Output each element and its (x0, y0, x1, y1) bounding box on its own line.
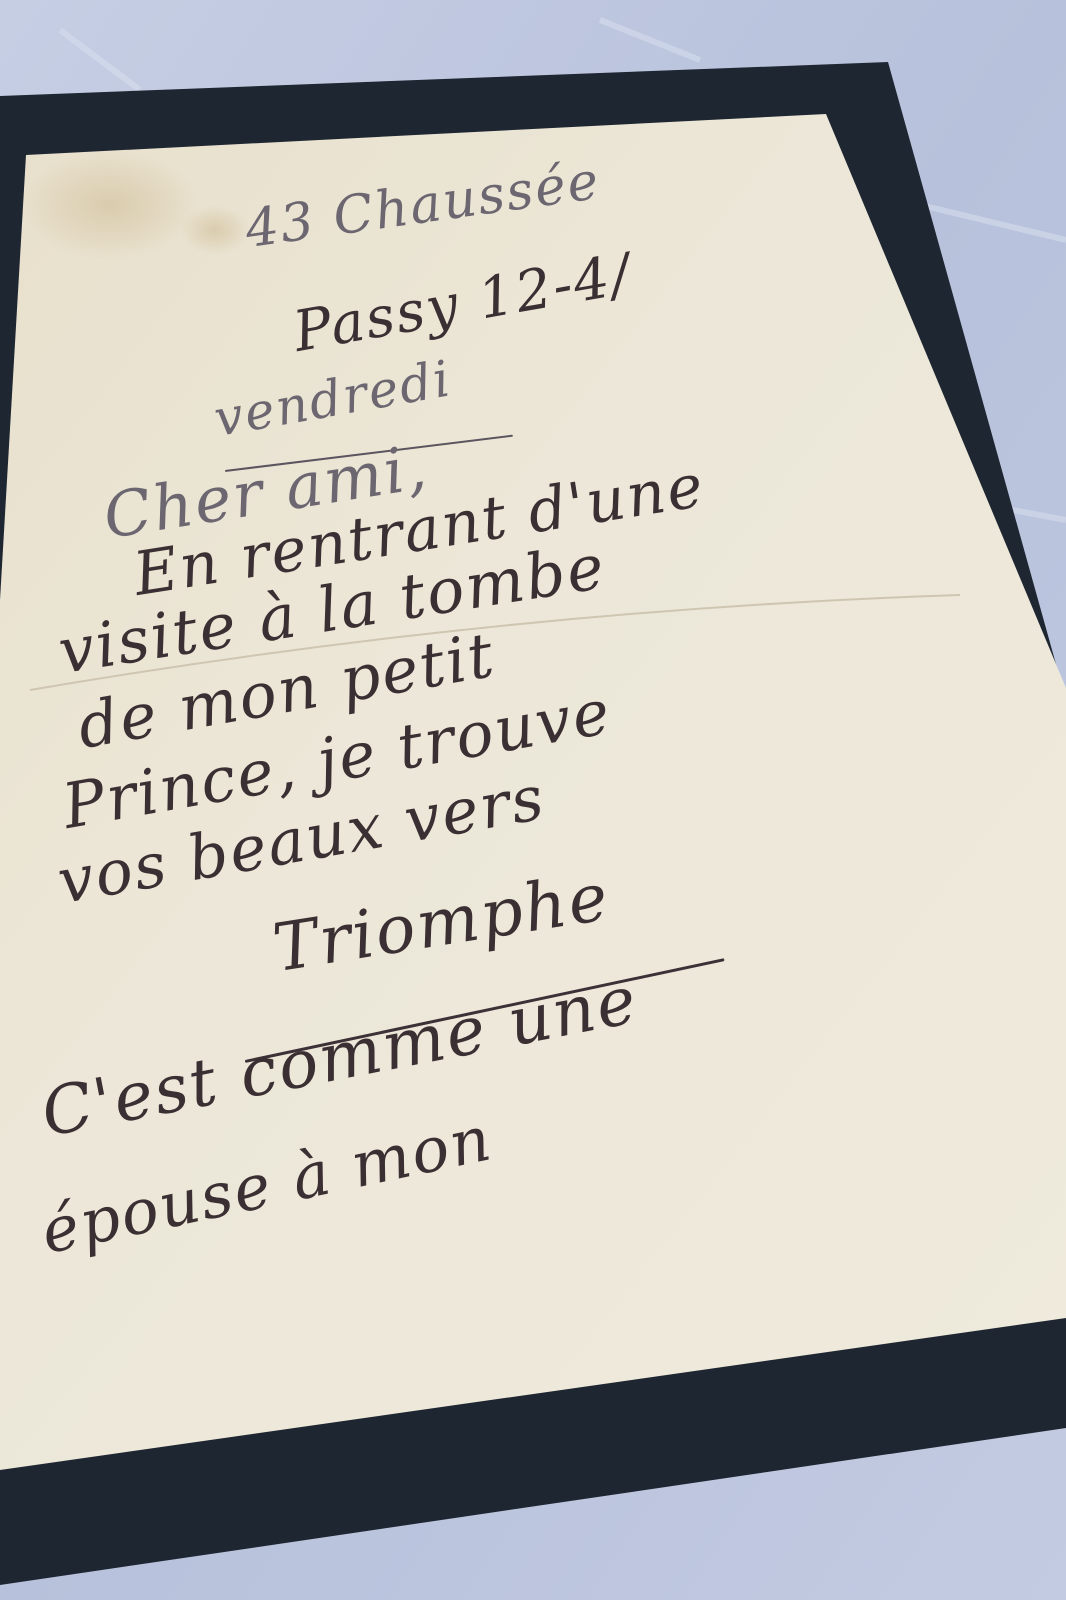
paper-stain (20, 150, 200, 260)
photo-scene: 43 Chaussée Passy 12-4/ vendredi Cher am… (0, 0, 1066, 1600)
paper-stain (180, 205, 250, 255)
